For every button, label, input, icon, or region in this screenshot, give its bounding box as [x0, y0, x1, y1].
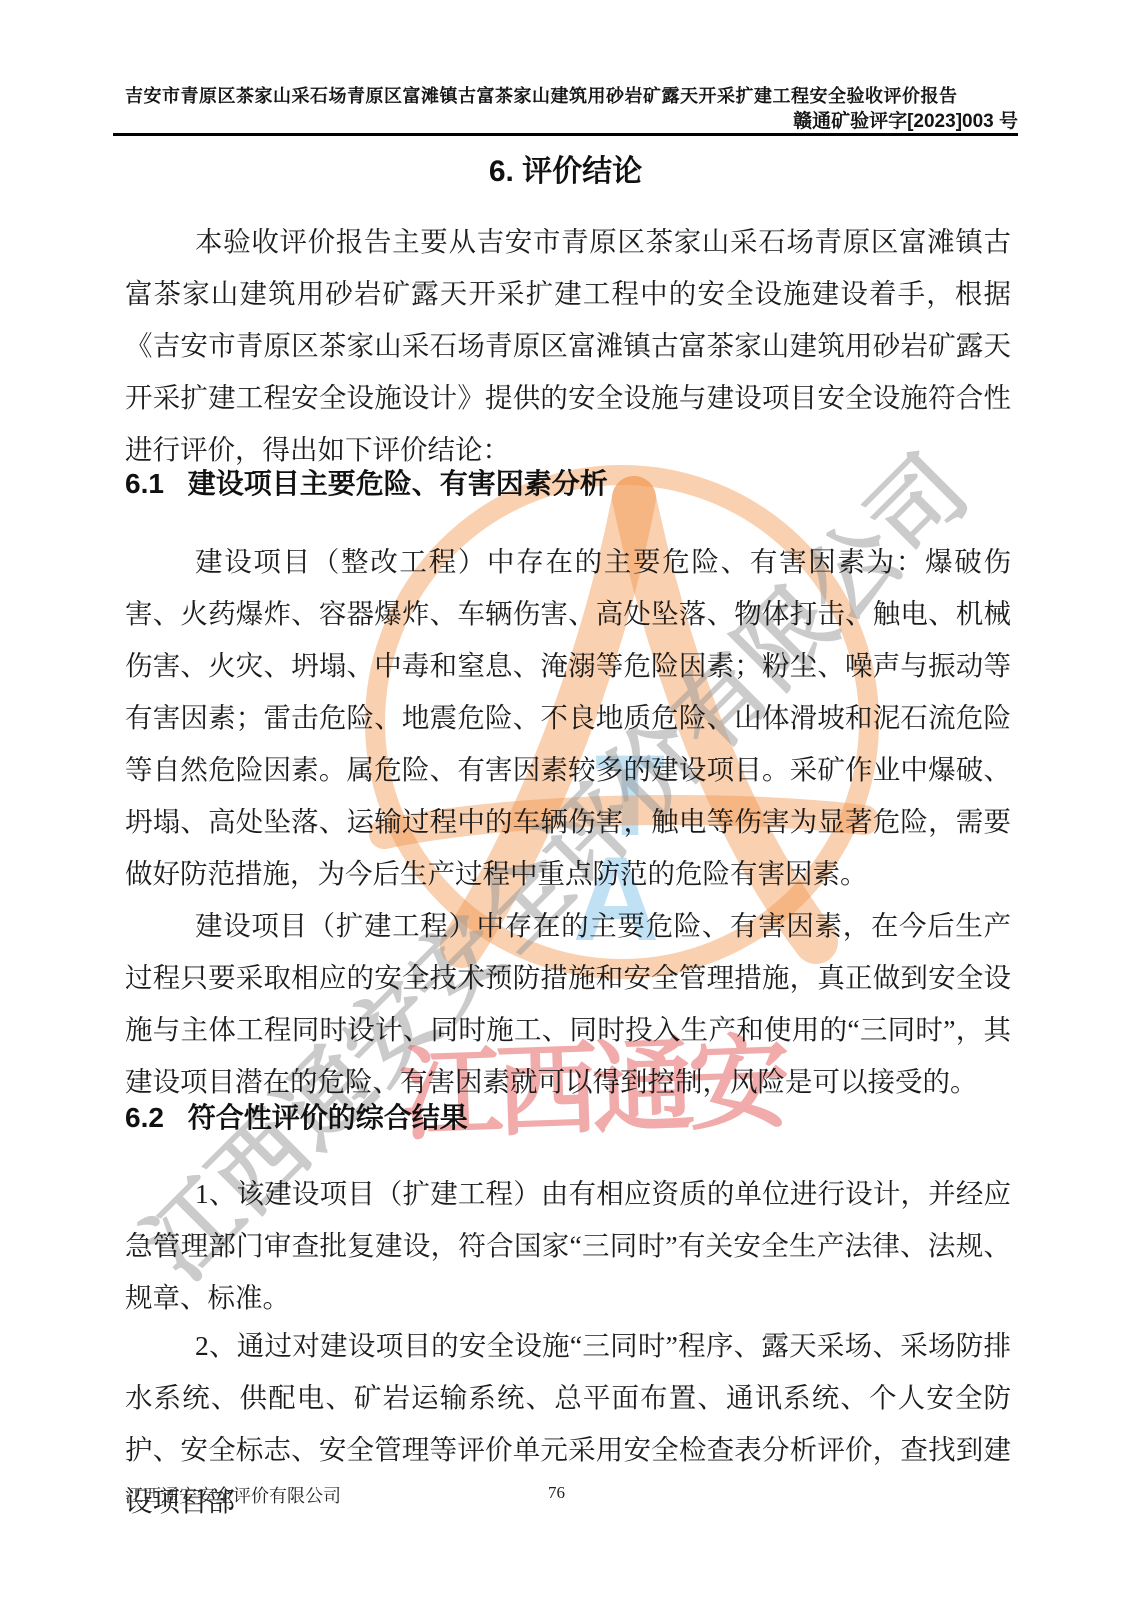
- document-content: 吉安市青原区茶家山采石场青原区富滩镇古富茶家山建筑用砂岩矿露天开采扩建工程安全验…: [0, 0, 1131, 1600]
- header-doc-number: 赣通矿验评字[2023]003 号: [793, 106, 1018, 133]
- document-page: T A 江西通安安全评价有限公司 江西通安 吉安市青原区茶家山采石场青原区富滩镇…: [0, 0, 1131, 1600]
- footer-company-name: 江西通安安全评价有限公司: [125, 1482, 341, 1508]
- section-6-1-title: 建设项目主要危险、有害因素分析: [188, 468, 608, 499]
- footer-page-number: 76: [548, 1483, 565, 1503]
- section-6-1-heading: 6.1 建设项目主要危险、有害因素分析: [125, 462, 608, 502]
- section-6-2-title: 符合性评价的综合结果: [188, 1102, 468, 1133]
- chapter-title: 6. 评价结论: [0, 146, 1131, 190]
- section-6-2-heading: 6.2 符合性评价的综合结果: [125, 1096, 468, 1136]
- section-6-1-number: 6.1: [125, 468, 164, 499]
- section-6-2-paragraph-1: 1、该建设项目（扩建工程）由有相应资质的单位进行设计，并经应急管理部门审查批复建…: [125, 1168, 1011, 1324]
- section-6-1-paragraph-1: 建设项目（整改工程）中存在的主要危险、有害因素为：爆破伤害、火药爆炸、容器爆炸、…: [125, 536, 1011, 900]
- header-rule: [113, 133, 1018, 136]
- intro-paragraph: 本验收评价报告主要从吉安市青原区茶家山采石场青原区富滩镇古富茶家山建筑用砂岩矿露…: [125, 216, 1011, 476]
- header-report-title: 吉安市青原区茶家山采石场青原区富滩镇古富茶家山建筑用砂岩矿露天开采扩建工程安全验…: [125, 82, 1025, 108]
- section-6-2-number: 6.2: [125, 1102, 164, 1133]
- section-6-1-paragraph-2: 建设项目（扩建工程）中存在的主要危险、有害因素，在今后生产过程只要采取相应的安全…: [125, 900, 1011, 1108]
